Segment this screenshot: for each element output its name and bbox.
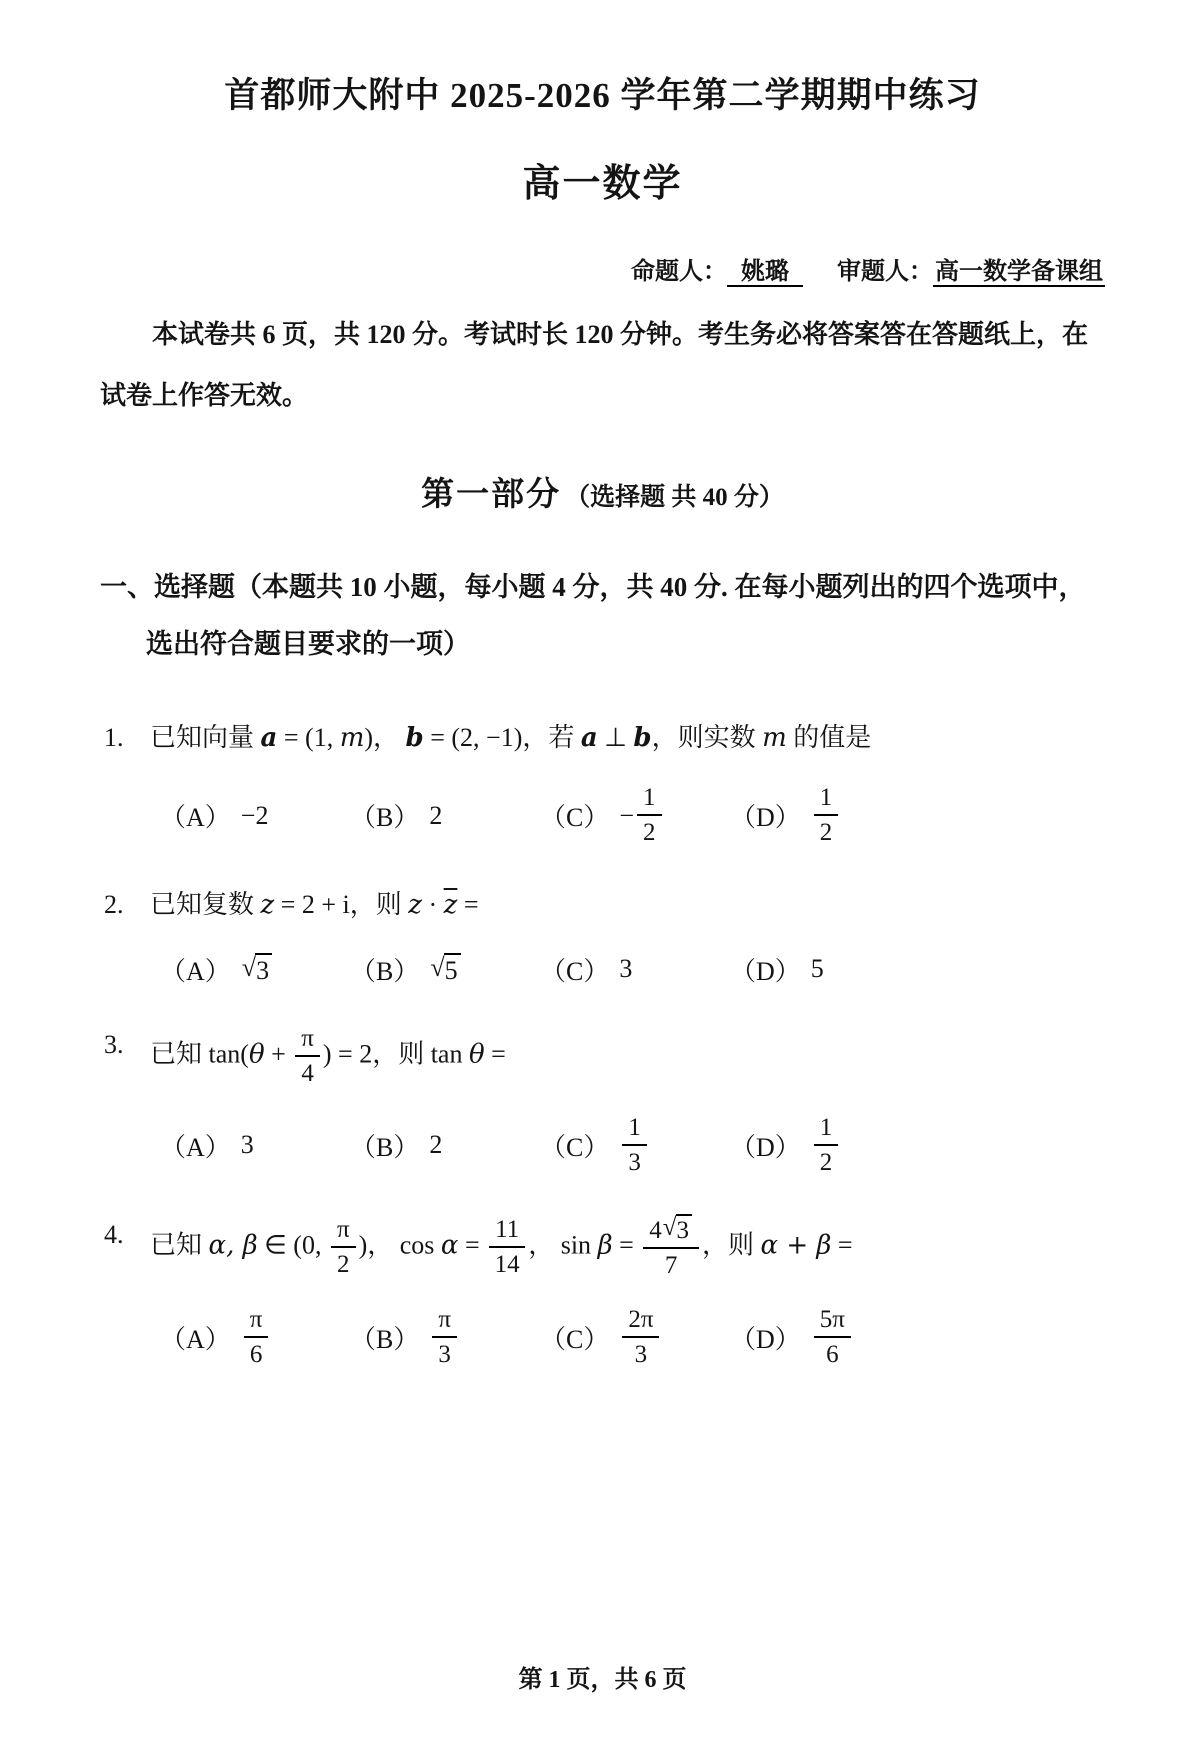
authors-line: 命题人：姚璐审题人：高一数学备课组 [100,251,1105,286]
var-alpha: α [441,1230,459,1260]
section1-text: 选择题（本题共 10 小题，每小题 4 分，共 40 分. 在每小题列出的四个选… [146,572,1086,659]
var-alpha-plus-beta: α + β [761,1230,832,1260]
option-d: （D） 1 2 [730,783,920,848]
stem-text: = (1, [277,723,339,752]
square-root: √3 [663,1214,692,1246]
option-label: （D） [730,951,801,988]
question-stem: 已知复数 z = 2 + i，则 z · z = [150,884,1105,927]
var-alpha-beta: α, β [209,1230,258,1260]
question-1: 1. 已知向量 a = (1, m)， b = (2, −1)，若 a ⊥ b，… [100,717,1105,849]
square-root: √ 5 [430,953,460,986]
stem-text: = 2 + i，则 [274,890,408,919]
fraction-numerator: 1 [814,783,839,816]
page-footer: 第 1 页，共 6 页 [100,1659,1105,1720]
fraction-denominator: 3 [635,1338,648,1370]
var-z: z [261,890,275,920]
option-b: （B） √ 5 [350,951,540,988]
radicand: 3 [255,953,272,986]
option-value: 3 [619,954,632,984]
var-m: m [340,723,365,753]
question-2-row: 2. 已知复数 z = 2 + i，则 z · z = [100,884,1105,927]
fraction-denominator: 2 [643,816,656,848]
fraction-numerator: 2π [622,1305,659,1338]
question-3: 3. 已知 tan(θ + π4) = 2，则 tan θ = （A） 3 （B… [100,1024,1105,1178]
question-4: 4. 已知 α, β ∈ (0, π2)， cos α = 1114， sin … [100,1214,1105,1370]
radical-sign: √ [242,953,256,983]
fraction-denominator: 6 [826,1338,839,1370]
stem-text: 已知向量 [150,723,261,752]
option-d: （D） 1 2 [730,1113,920,1178]
setter-label: 命题人： [631,259,727,285]
coefficient: 4 [649,1216,662,1246]
fraction-numerator: π [432,1305,457,1338]
var-beta: β [598,1230,613,1260]
option-a: （A） √ 3 [160,951,350,988]
part1-note: （选择题 共 40 分） [565,484,784,511]
page-subtitle: 高一数学 [100,152,1105,207]
option-label: （C） [540,1127,609,1164]
stem-text: ，则实数 [652,723,763,752]
radical-sign: √ [430,953,444,983]
option-label: （A） [160,797,231,834]
question-stem: 已知 tan(θ + π4) = 2，则 tan θ = [150,1024,1105,1089]
question-list: 1. 已知向量 a = (1, m)， b = (2, −1)，若 a ⊥ b，… [100,681,1105,1370]
fraction: 2π 3 [622,1305,659,1370]
fraction: 1 2 [814,783,839,848]
option-label: （B） [350,951,419,988]
dot-operator: · [422,890,444,919]
question-stem: 已知向量 a = (1, m)， b = (2, −1)，若 a ⊥ b，则实数… [150,717,1105,760]
fraction-numerator: 1 [622,1113,647,1146]
question-2: 2. 已知复数 z = 2 + i，则 z · z = （A） √ 3 （B） … [100,884,1105,988]
option-c: （C） 3 [540,951,730,988]
radicand: 5 [444,953,461,986]
fraction-numerator: π [244,1305,269,1338]
question-1-row: 1. 已知向量 a = (1, m)， b = (2, −1)，若 a ⊥ b，… [100,717,1105,760]
question-3-row: 3. 已知 tan(θ + π4) = 2，则 tan θ = [100,1024,1105,1089]
fraction-numerator: 4√3 [643,1214,699,1249]
vector-a: a [581,723,598,753]
fraction: 1114 [489,1215,525,1280]
fraction-denominator: 14 [495,1248,520,1280]
question-stem: 已知 α, β ∈ (0, π2)， cos α = 1114， sin β =… [150,1214,1105,1281]
option-b: （B） 2 [350,1127,540,1164]
fraction-numerator: π [331,1215,356,1248]
stem-text: )， [364,723,405,752]
stem-text: ， sin [528,1230,597,1259]
fraction-numerator: 1 [814,1113,839,1146]
fraction: 1 2 [637,783,662,848]
option-label: （B） [350,1127,419,1164]
fraction-denominator: 3 [438,1338,451,1370]
part1-title: 第一部分 [421,477,561,513]
stem-text: = [458,1230,486,1259]
fraction-denominator: 3 [628,1146,641,1178]
stem-text: = [457,890,478,919]
option-label: （C） [540,797,609,834]
stem-text: )， cos [359,1230,441,1259]
fraction: π2 [331,1215,356,1280]
radicand: 3 [676,1214,693,1246]
vector-b: b [406,723,424,753]
stem-text: ，则 [702,1230,761,1259]
fraction: π 6 [244,1305,269,1370]
fraction-numerator: π [295,1024,320,1057]
option-value: 2 [429,801,442,831]
option-label: （A） [160,1319,231,1356]
fraction: 4√37 [643,1214,699,1281]
fraction-numerator: 1 [637,783,662,816]
fraction: π4 [295,1024,320,1089]
stem-text: = [613,1230,641,1259]
option-value: 3 [241,1130,254,1160]
option-b: （B） π 3 [350,1305,540,1370]
options-row: （A） π 6 （B） π 3 （C） 2π [100,1305,1105,1370]
section1-heading: 一、选择题（本题共 10 小题，每小题 4 分，共 40 分. 在每小题列出的四… [100,559,1105,672]
setter-name: 姚璐 [727,259,803,287]
var-z: z [408,890,422,920]
options-row: （A） −2 （B） 2 （C） − 1 2 （D） [100,783,1105,848]
reviewer-name: 高一数学备课组 [933,259,1105,287]
stem-text: = (2, −1)，若 [424,723,581,752]
option-label: （D） [730,1319,801,1356]
fraction: 1 3 [622,1113,647,1178]
stem-text: ⊥ [598,723,634,752]
reviewer-label: 审题人： [837,259,933,285]
part1-heading: 第一部分 （选择题 共 40 分） [100,468,1105,515]
exam-page: 首都师大附中 2025-2026 学年第二学期期中练习 高一数学 命题人：姚璐审… [0,0,1190,1750]
fraction: 1 2 [814,1113,839,1178]
question-number: 3. [100,1024,150,1089]
option-label: （A） [160,951,231,988]
option-c: （C） 1 3 [540,1113,730,1178]
stem-text: = [831,1230,852,1259]
stem-text: ) = 2，则 tan [323,1039,469,1068]
option-b: （B） 2 [350,797,540,834]
option-label: （D） [730,797,801,834]
option-d: （D） 5 [730,951,920,988]
fraction-denominator: 7 [665,1249,678,1281]
radical-sign: √ [663,1214,677,1243]
option-value: −2 [241,801,269,831]
fraction-denominator: 4 [301,1057,314,1089]
stem-text: 已知 tan( [150,1039,249,1068]
square-root: √ 3 [242,953,272,986]
vector-a: a [261,723,278,753]
fraction-denominator: 2 [337,1248,350,1280]
fraction-numerator: 11 [489,1215,525,1248]
option-c: （C） − 1 2 [540,783,730,848]
minus-sign: − [619,801,634,831]
var-m: m [762,723,787,753]
fraction: 5π 6 [814,1305,851,1370]
option-label: （B） [350,797,419,834]
options-row: （A） √ 3 （B） √ 5 （C） 3 [100,951,1105,988]
option-label: （B） [350,1319,419,1356]
exam-notice: 本试卷共 6 页，共 120 分。考试时长 120 分钟。考生务必将答案答在答题… [100,304,1105,426]
stem-text: + [265,1039,293,1068]
option-c: （C） 2π 3 [540,1305,730,1370]
fraction-numerator: 5π [814,1305,851,1338]
option-a: （A） π 6 [160,1305,350,1370]
options-row: （A） 3 （B） 2 （C） 1 3 （D） 1 [100,1113,1105,1178]
option-value: 5 [811,954,824,984]
fraction: π 3 [432,1305,457,1370]
fraction-denominator: 2 [820,816,833,848]
stem-text: 已知复数 [150,890,261,919]
question-number: 4. [100,1214,150,1281]
page-title: 首都师大附中 2025-2026 学年第二学期期中练习 [100,68,1105,118]
stem-text: ∈ (0, [258,1230,328,1259]
option-label: （C） [540,1319,609,1356]
option-label: （C） [540,951,609,988]
vector-b: b [633,723,651,753]
stem-text: 已知 [150,1230,209,1259]
stem-text: 的值是 [787,723,872,752]
stem-text: = [485,1039,506,1068]
question-4-row: 4. 已知 α, β ∈ (0, π2)， cos α = 1114， sin … [100,1214,1105,1281]
option-label: （D） [730,1127,801,1164]
section1-label: 一、 [100,572,154,602]
fraction-denominator: 2 [820,1146,833,1178]
option-a: （A） 3 [160,1127,350,1164]
question-number: 2. [100,884,150,927]
option-value: 2 [429,1130,442,1160]
option-label: （A） [160,1127,231,1164]
var-theta: θ [469,1039,485,1069]
option-a: （A） −2 [160,797,350,834]
fraction-denominator: 6 [250,1338,263,1370]
option-d: （D） 5π 6 [730,1305,920,1370]
var-theta: θ [249,1039,265,1069]
var-z-conjugate: z [444,890,458,920]
question-number: 1. [100,717,150,760]
